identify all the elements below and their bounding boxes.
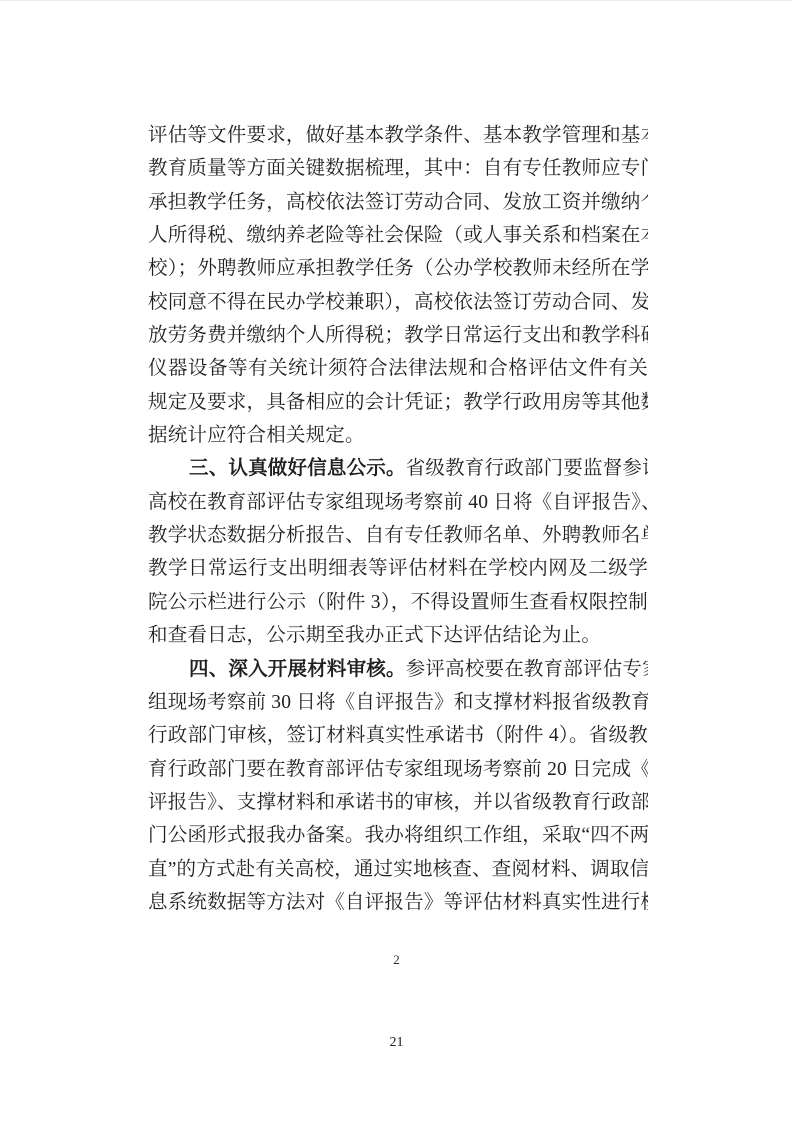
line-text: 和查看日志，公示期至我办正式下达评估结论为止。 [148,625,601,646]
text-line: 和查看日志，公示期至我办正式下达评估结论为止。 [148,619,648,652]
line-text: 校）；外聘教师应承担教学任务（公办学校教师未经所在学 [148,258,648,279]
text-line: 高校在教育部评估专家组现场考察前 40 日将《自评报告》、 [148,486,648,519]
text-line: 行政部门审核，签订材料真实性承诺书（附件 4）。省级教 [148,719,648,752]
text-line: 门公函形式报我办备案。我办将组织工作组，采取“四不两 [148,819,648,852]
line-text: 教育质量等方面关键数据梳理，其中：自有专任教师应专门 [148,158,648,179]
text-line: 校同意不得在民办学校兼职），高校依法签订劳动合同、发 [148,286,648,319]
line-text: 仪器设备等有关统计须符合法律法规和合格评估文件有关 [148,358,648,379]
text-line: 据统计应符合相关规定。 [148,419,648,452]
text-line: 三、认真做好信息公示。省级教育行政部门要监督参评 [148,452,648,485]
text-line: 评报告》、支撑材料和承诺书的审核，并以省级教育行政部 [148,786,648,819]
text-line: 直”的方式赴有关高校，通过实地核查、查阅材料、调取信 [148,853,648,886]
text-line: 四、深入开展材料审核。参评高校要在教育部评估专家 [148,653,648,686]
line-text: 高校在教育部评估专家组现场考察前 40 日将《自评报告》、 [148,492,648,513]
text-line: 人所得税、缴纳养老险等社会保险（或人事关系和档案在本 [148,219,648,252]
section-heading-4: 四、深入开展材料审核。 [189,658,406,680]
text-line: 教学日常运行支出明细表等评估材料在学校内网及二级学 [148,552,648,585]
line-text: 规定及要求，具备相应的会计凭证；教学行政用房等其他数 [148,392,648,413]
line-text: 校同意不得在民办学校兼职），高校依法签订劳动合同、发 [148,292,648,313]
line-text: 据统计应符合相关规定。 [148,425,365,446]
line-text: 参评高校要在教育部评估专家 [406,659,648,680]
line-text: 人所得税、缴纳养老险等社会保险（或人事关系和档案在本 [148,225,648,246]
text-line: 放劳务费并缴纳个人所得税；教学日常运行支出和教学科研 [148,319,648,352]
text-line: 承担教学任务，高校依法签订劳动合同、发放工资并缴纳个 [148,186,648,219]
text-line: 评估等文件要求，做好基本教学条件、基本教学管理和基本 [148,119,648,152]
document-page: 评估等文件要求，做好基本教学条件、基本教学管理和基本 教育质量等方面关键数据梳理… [0,0,793,1122]
text-line: 教学状态数据分析报告、自有专任教师名单、外聘教师名单、 [148,519,648,552]
text-line: 组现场考察前 30 日将《自评报告》和支撑材料报省级教育 [148,686,648,719]
line-text: 息系统数据等方法对《自评报告》等评估材料真实性进行核 [148,892,648,913]
text-line: 仪器设备等有关统计须符合法律法规和合格评估文件有关 [148,352,648,385]
line-text: 教学状态数据分析报告、自有专任教师名单、外聘教师名单、 [148,525,648,546]
line-text: 门公函形式报我办备案。我办将组织工作组，采取“四不两 [148,825,648,846]
line-text: 组现场考察前 30 日将《自评报告》和支撑材料报省级教育 [148,692,648,713]
text-line: 育行政部门要在教育部评估专家组现场考察前 20 日完成《自 [148,753,648,786]
line-text: 行政部门审核，签订材料真实性承诺书（附件 4）。省级教 [148,725,648,746]
line-text: 院公示栏进行公示（附件 3），不得设置师生查看权限控制 [148,592,648,613]
text-line: 息系统数据等方法对《自评报告》等评估材料真实性进行核 [148,886,648,919]
line-text: 教学日常运行支出明细表等评估材料在学校内网及二级学 [148,558,648,579]
text-line: 院公示栏进行公示（附件 3），不得设置师生查看权限控制 [148,586,648,619]
line-text: 放劳务费并缴纳个人所得税；教学日常运行支出和教学科研 [148,325,648,346]
inner-page-number: 2 [0,952,793,968]
line-text: 评估等文件要求，做好基本教学条件、基本教学管理和基本 [148,125,648,146]
outer-page-number: 21 [0,1035,793,1051]
line-text: 评报告》、支撑材料和承诺书的审核，并以省级教育行政部 [148,792,648,813]
line-text: 直”的方式赴有关高校，通过实地核查、查阅材料、调取信 [148,859,648,880]
text-line: 规定及要求，具备相应的会计凭证；教学行政用房等其他数 [148,386,648,419]
line-text: 省级教育行政部门要监督参评 [406,458,648,479]
line-text: 承担教学任务，高校依法签订劳动合同、发放工资并缴纳个 [148,192,648,213]
text-line: 教育质量等方面关键数据梳理，其中：自有专任教师应专门 [148,152,648,185]
line-text: 育行政部门要在教育部评估专家组现场考察前 20 日完成《自 [148,759,648,780]
text-line: 校）；外聘教师应承担教学任务（公办学校教师未经所在学 [148,252,648,285]
section-heading-3: 三、认真做好信息公示。 [189,457,406,479]
body-text: 评估等文件要求，做好基本教学条件、基本教学管理和基本 教育质量等方面关键数据梳理… [148,119,648,919]
